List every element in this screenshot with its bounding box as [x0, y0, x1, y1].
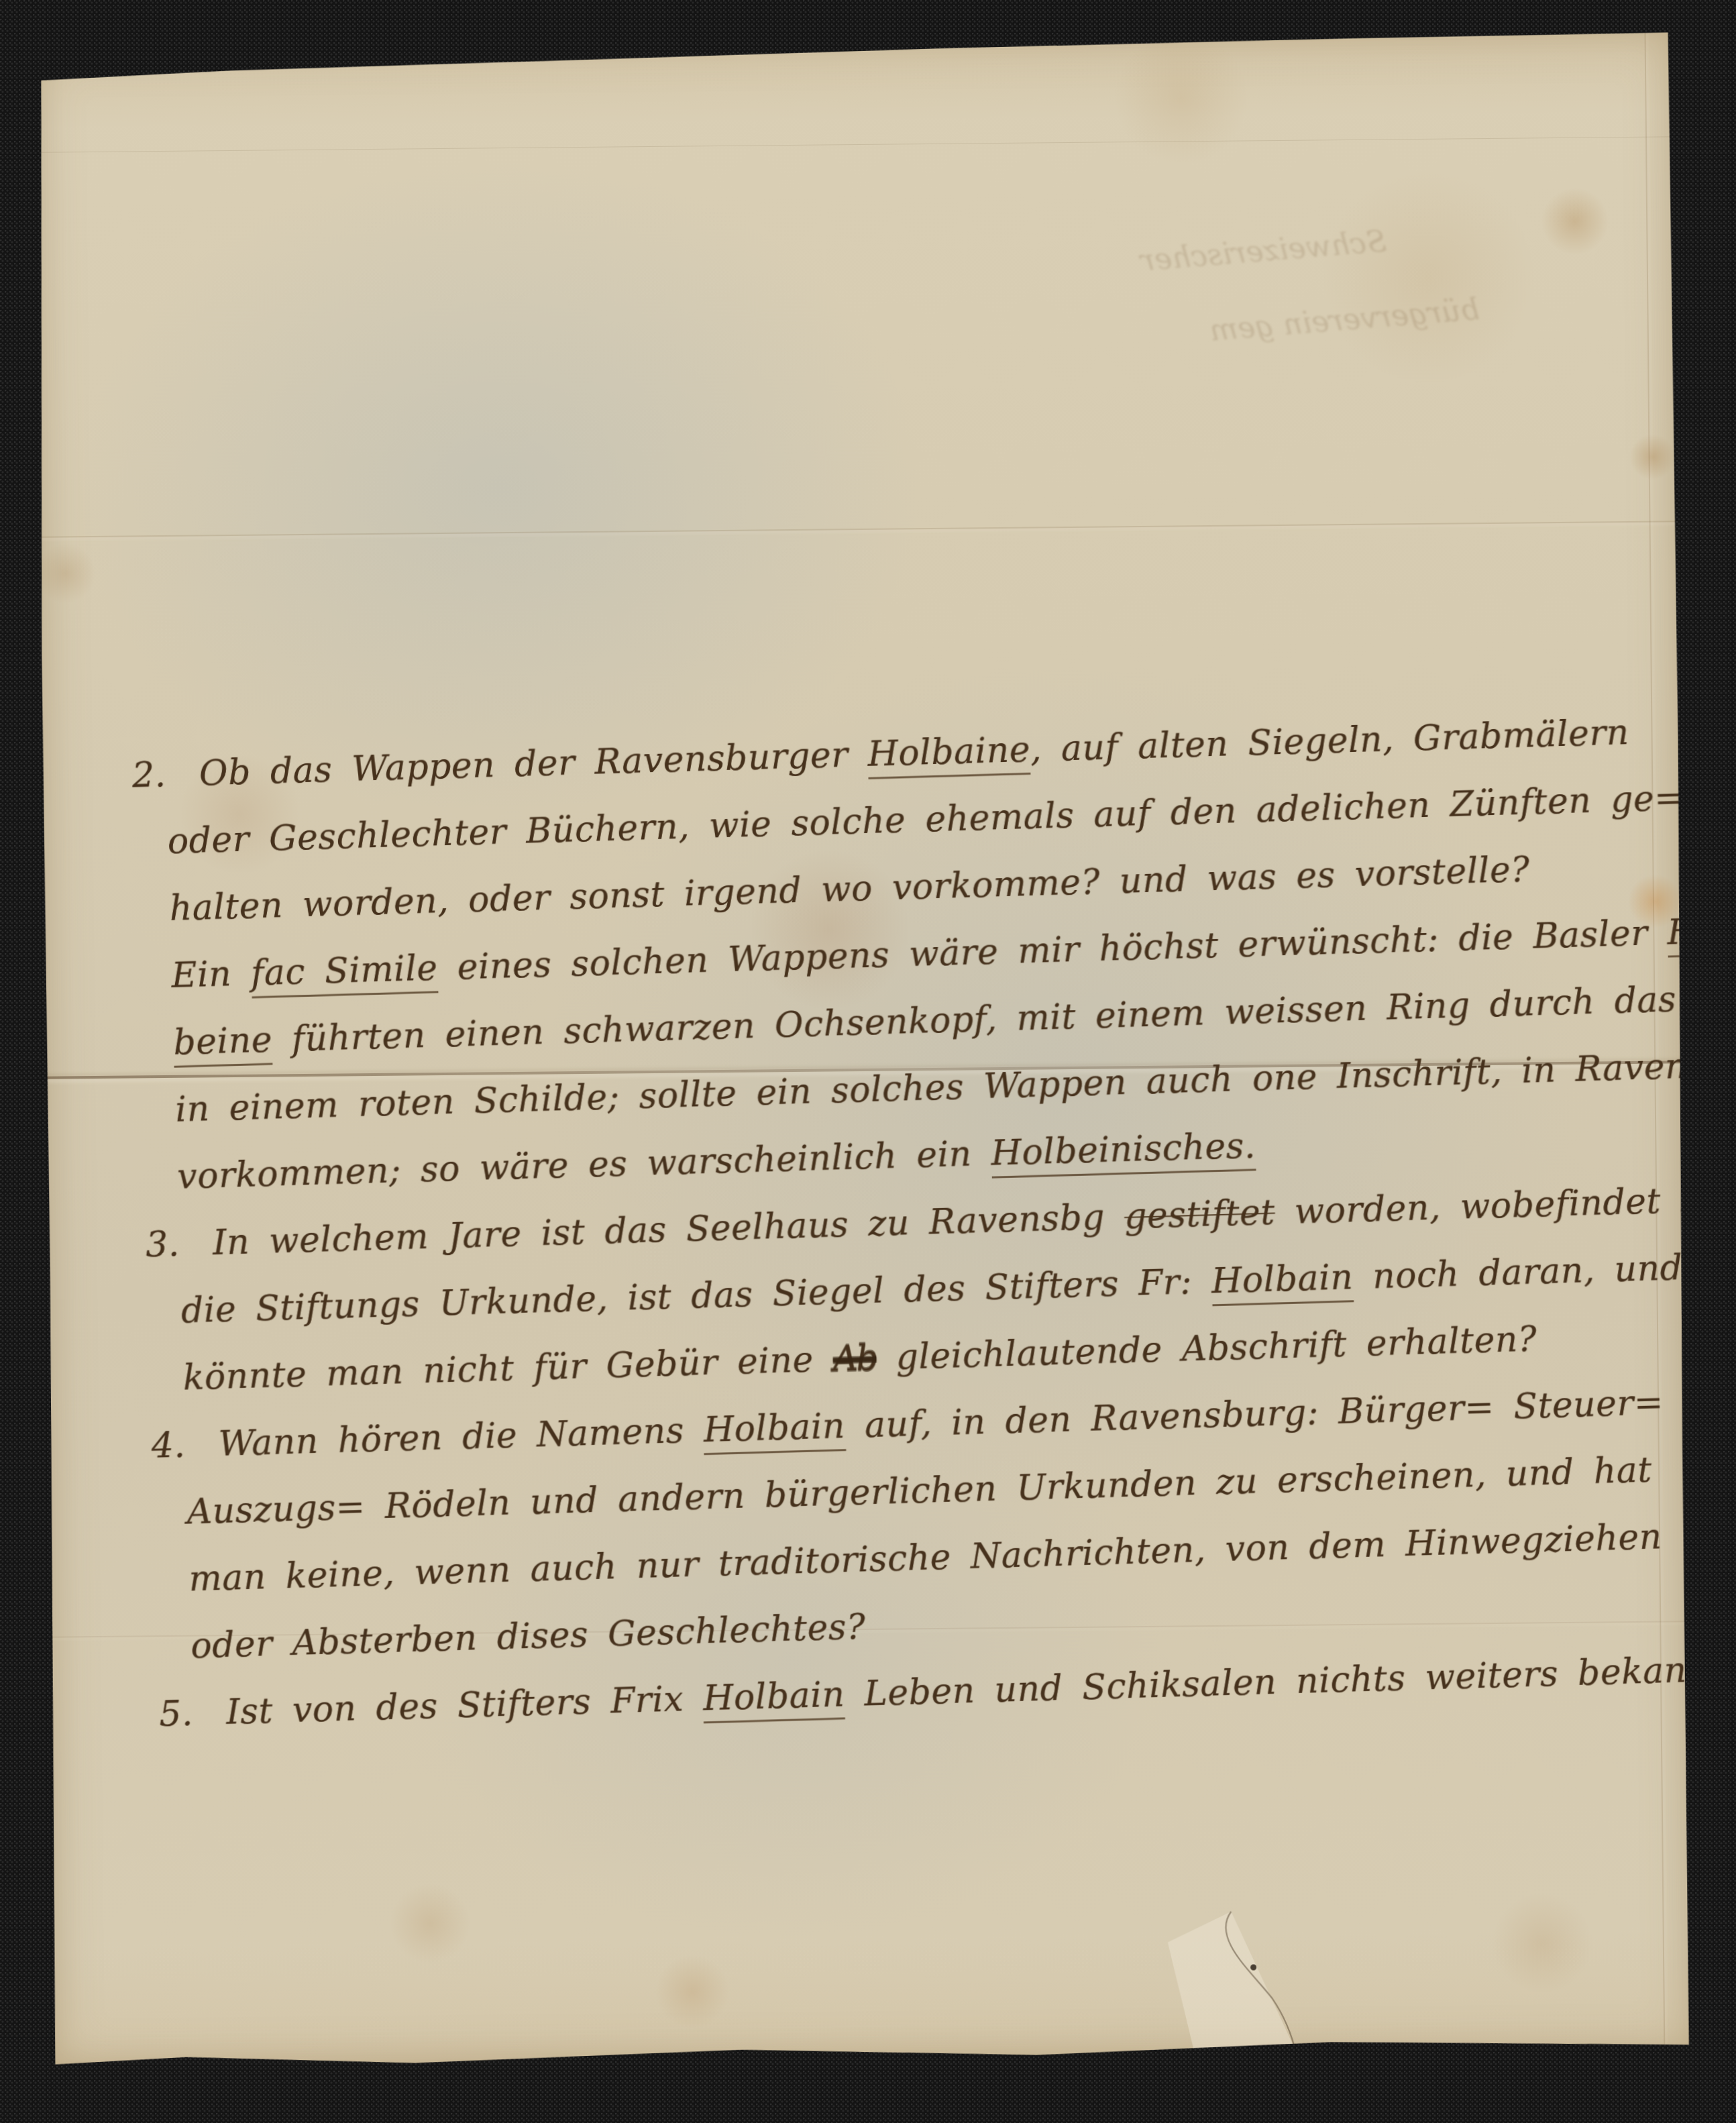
handwriting-text: Leben und Schiksalen nichts weiters beka…	[844, 1649, 1736, 1715]
handwriting-text: In welchem Jare ist das Seelhaus zu Rave…	[212, 1197, 1125, 1263]
fold-crease-faint	[34, 136, 1675, 152]
handwriting-text: , auf alten Siegeln, Grabmälern	[1030, 712, 1630, 770]
handwriting-text: vorkommen; so wäre es warscheinlich ein	[176, 1134, 991, 1197]
underlined-word: Holbain	[703, 1406, 846, 1455]
handwriting-text: Ein	[171, 953, 252, 995]
item-number: 4.	[150, 1412, 186, 1480]
underlined-word: Holbain	[702, 1674, 845, 1723]
fold-crease-upper	[38, 521, 1679, 537]
item-number: 3.	[145, 1211, 180, 1278]
underlined-word: Holbaine	[867, 730, 1031, 779]
letter-page: Schweizerischerbürgerverein gem 2.Ob das…	[36, 32, 1691, 2068]
scratched-out-word: Ab	[832, 1338, 877, 1380]
handwriting-text: gleichlautende Abschrift erhalten?	[876, 1319, 1537, 1378]
underlined-word: Holbain	[1211, 1257, 1354, 1306]
paper-tear	[1167, 1907, 1356, 2058]
underlined-word: Holbeinisches.	[991, 1126, 1256, 1178]
handwriting-text: gestiftet	[1124, 1193, 1275, 1237]
tear-crack-graphic	[1167, 1907, 1356, 2058]
handwriting-text: oder Absterben dises Geschlechtes?	[191, 1607, 867, 1666]
item-number: 2.	[131, 741, 167, 809]
underlined-word: fac Simile	[250, 948, 438, 998]
item-number: 5.	[158, 1680, 194, 1747]
handwriting-text: Ist von des Stifters Frix	[225, 1678, 704, 1732]
ink-dot	[1250, 1964, 1256, 1970]
handwriting-text: auf, in den Ravensburg: Bürger= Steuer= …	[845, 1380, 1736, 1446]
handwriting-text: Wann hören die Namens	[218, 1410, 704, 1464]
handwriting-lines: 2.Ob das Wappen der Ravensburger Holbain…	[165, 698, 1709, 1747]
handwriting-text: Ob das Wappen der Ravensburger	[199, 734, 868, 794]
handwriting-text: könnte man nicht für Gebür eine	[182, 1340, 834, 1399]
verso-bleedthrough: Schweizerischerbürgerverein gem	[949, 197, 1482, 388]
handwriting-text: noch daran, und	[1352, 1248, 1683, 1297]
handwriting-text: worden, wobefindet sich	[1274, 1179, 1736, 1232]
underlined-word: beine	[173, 1020, 273, 1068]
